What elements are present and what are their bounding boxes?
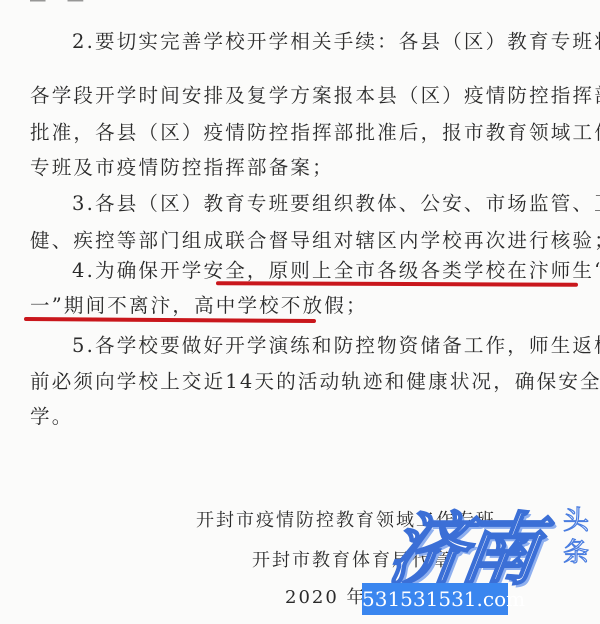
paragraph-2-line-3: 批准，各县（区）疫情防控指挥部批准后，报市教育领域工作 bbox=[30, 121, 600, 145]
watermark-url: 531531531.com bbox=[362, 583, 508, 615]
paragraph-5-line-3: 学。 bbox=[30, 405, 73, 429]
paragraph-4-line-1: 4.为确保开学安全，原则上全市各级各类学校在汴师生“五 bbox=[72, 259, 600, 283]
paragraph-2-line-2: 各学段开学时间安排及复学方案报本县（区）疫情防控指挥部 bbox=[30, 84, 600, 108]
cropped-previous-line: ▔ ▔ ▔ ▔ ▔ ▔ ▔ ▔ ▔ ▔ ▔ ▔ ▔ ▔ ▔ ▔ ▔ bbox=[30, 0, 590, 4]
paragraph-3-line-2: 健、疾控等部门组成联合督导组对辖区内学校再次进行核验； bbox=[30, 229, 600, 253]
paragraph-5-line-2: 前必须向学校上交近14天的活动轨迹和健康状况，确保安全开 bbox=[30, 370, 600, 394]
red-underline-mark bbox=[216, 281, 578, 287]
red-underline-mark bbox=[24, 317, 316, 323]
paragraph-4-line-2: 一”期间不离汴，高中学校不放假； bbox=[30, 294, 368, 318]
paragraph-2-line-4: 专班及市疫情防控指挥部备案； bbox=[30, 156, 334, 180]
paragraph-5-line-1: 5.各学校要做好开学演练和防控物资储备工作，师生返校 bbox=[72, 334, 600, 358]
watermark-logo-subtitle: 头条 bbox=[563, 505, 593, 569]
paragraph-2-line-1: 2.要切实完善学校开学相关手续：各县（区）教育专班将 bbox=[72, 30, 600, 54]
document-page: ▔ ▔ ▔ ▔ ▔ ▔ ▔ ▔ ▔ ▔ ▔ ▔ ▔ ▔ ▔ ▔ ▔ 2.要切实完… bbox=[0, 0, 600, 624]
paragraph-3-line-1: 3.各县（区）教育专班要组织教体、公安、市场监管、卫 bbox=[72, 192, 600, 216]
